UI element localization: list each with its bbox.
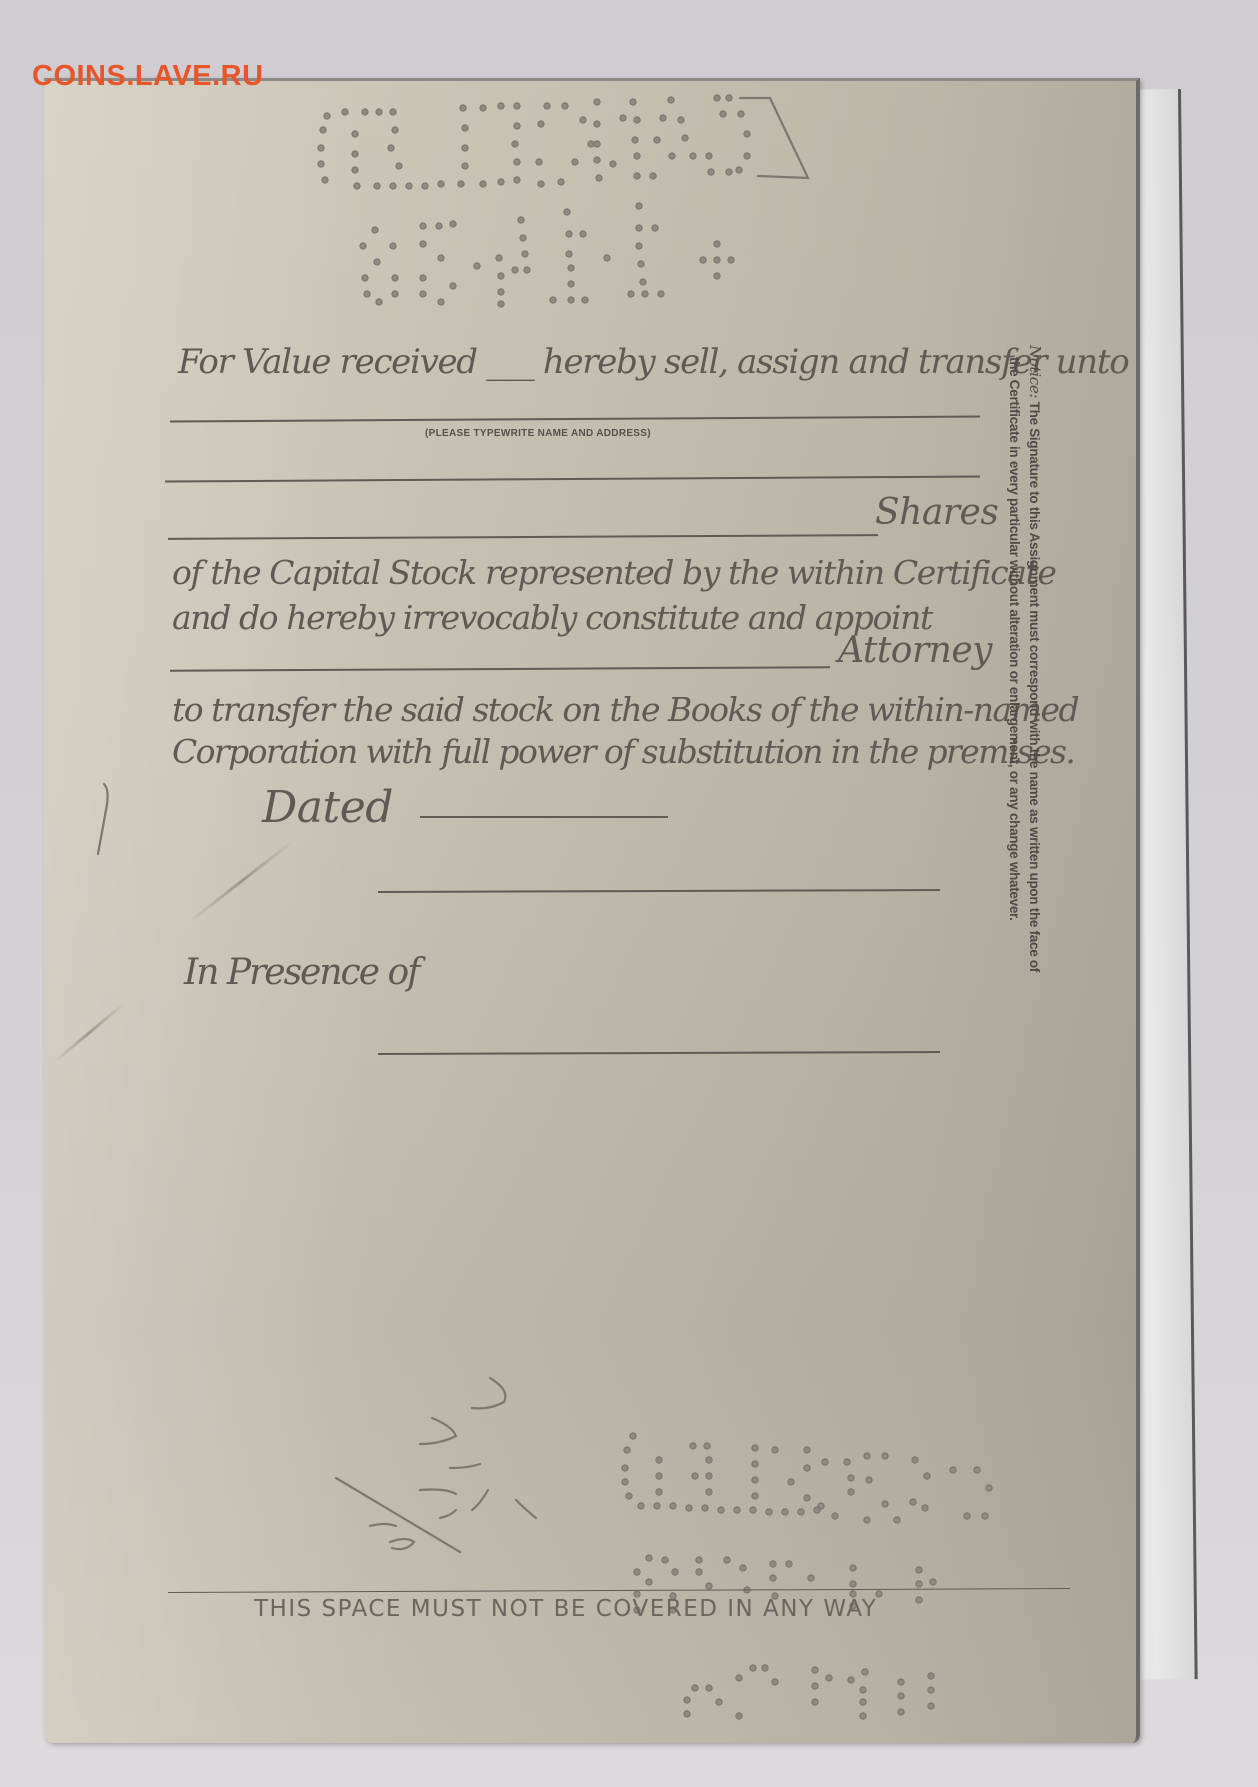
capital-stock-line: of the Capital Stock represented by the … — [172, 553, 1056, 592]
watermark: COINS.LAVE.RU — [32, 60, 264, 93]
appoint-line: and do hereby irrevocably constitute and… — [172, 598, 932, 637]
for-value-received-line: For Value received ___ hereby sell, assi… — [178, 342, 1128, 382]
signature-notice: Notice: The Signature to this Assignment… — [1003, 345, 1045, 1015]
notice-line-1: The Signature to this Assignment must co… — [1027, 402, 1042, 972]
notice-lead: Notice: — [1026, 345, 1044, 398]
dated-label: Dated — [262, 782, 393, 833]
pencil-notes — [320, 1370, 550, 1560]
transfer-books-line: to transfer the said stock on the Books … — [172, 690, 1078, 729]
typewrite-name-label: (PLEASE TYPEWRITE NAME AND ADDRESS) — [425, 428, 651, 439]
attorney-label: Attorney — [838, 630, 992, 671]
date-line[interactable] — [420, 816, 668, 818]
notice-line-2: the Certificate in every particular with… — [1004, 345, 1024, 1015]
do-not-cover-caption: THIS SPACE MUST NOT BE COVERED IN ANY WA… — [254, 1596, 877, 1622]
pencil-bracket-top — [730, 90, 810, 190]
shares-label: Shares — [875, 492, 998, 533]
corporation-line: Corporation with full power of substitut… — [172, 732, 1074, 771]
perforation-cancelled-bottom — [615, 1420, 1015, 1720]
in-presence-of-label: In Presence of — [184, 952, 418, 993]
pencil-mark-left — [86, 780, 116, 860]
